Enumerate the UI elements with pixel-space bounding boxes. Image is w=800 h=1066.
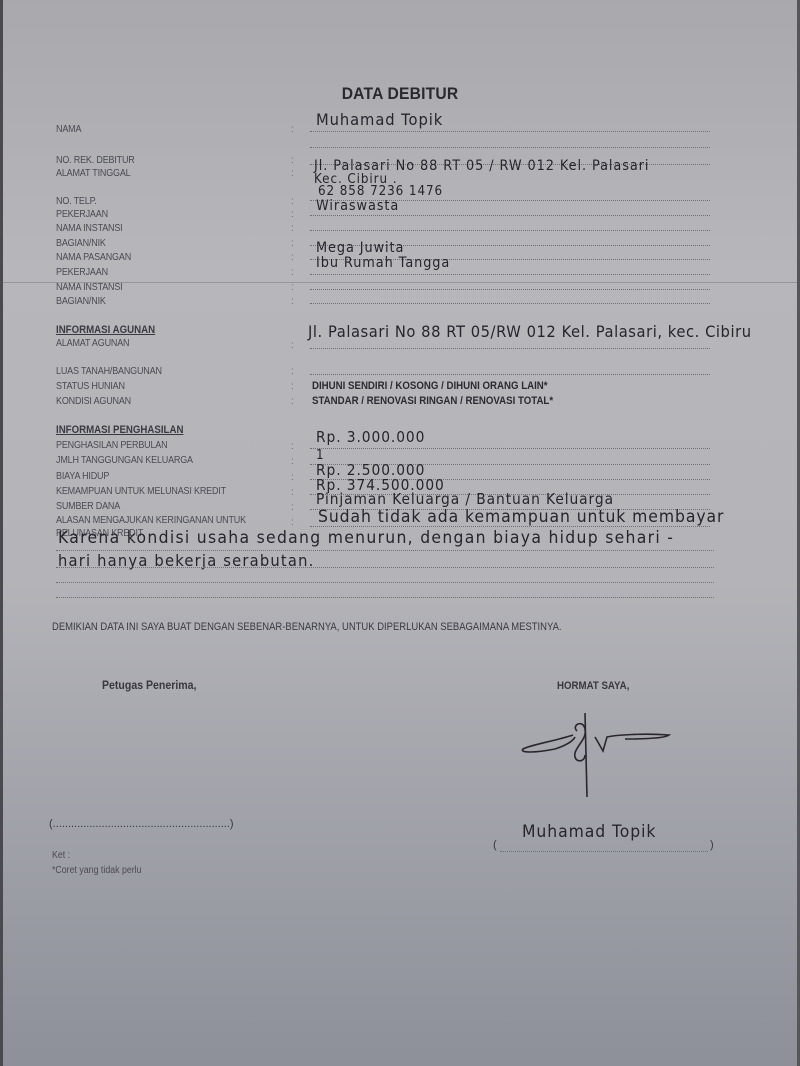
label-kondisi-agunan: KONDISI AGUNAN bbox=[56, 396, 131, 407]
colon: : bbox=[291, 441, 294, 452]
value-pekerjaan: Wiraswasta bbox=[316, 198, 399, 214]
document-title: DATA DEBITUR bbox=[32, 84, 768, 104]
label-alamat-tinggal: ALAMAT TINGGAL bbox=[56, 168, 131, 179]
label-tanggungan: JMLH TANGGUNGAN KELUARGA bbox=[56, 455, 193, 466]
section-heading-penghasilan: INFORMASI PENGHASILAN bbox=[56, 424, 183, 436]
label-pekerjaan-pasangan: PEKERJAAN bbox=[56, 267, 108, 278]
label-bagian-nik-pasangan: BAGIAN/NIK bbox=[56, 296, 106, 307]
value-kondisi-agunan: STANDAR / RENOVASI RINGAN / RENOVASI TOT… bbox=[312, 395, 553, 407]
value-alamat-agunan: Jl. Palasari No 88 RT 05/RW 012 Kel. Pal… bbox=[308, 322, 752, 341]
debtor-name: Muhamad Topik bbox=[522, 822, 656, 842]
colon: : bbox=[291, 517, 294, 528]
dotted-line bbox=[310, 147, 710, 148]
label-nama: NAMA bbox=[56, 124, 81, 135]
dotted-line bbox=[310, 230, 710, 231]
section-heading-agunan: INFORMASI AGUNAN bbox=[56, 324, 155, 336]
dotted-line bbox=[56, 582, 714, 583]
label-nama-pasangan: NAMA PASANGAN bbox=[56, 252, 131, 263]
dotted-line bbox=[310, 289, 710, 290]
label-biaya-hidup: BIAYA HIDUP bbox=[56, 471, 109, 482]
label-luas-tanah: LUAS TANAH/BANGUNAN bbox=[56, 366, 162, 377]
colon: : bbox=[291, 396, 294, 407]
value-pekerjaan-pasangan: Ibu Rumah Tangga bbox=[316, 255, 450, 271]
colon: : bbox=[291, 124, 294, 135]
colon: : bbox=[291, 196, 294, 207]
colon: : bbox=[291, 282, 294, 293]
dotted-line bbox=[310, 448, 710, 449]
colon: : bbox=[291, 487, 294, 498]
dotted-line bbox=[56, 597, 714, 598]
colon: : bbox=[291, 340, 294, 351]
value-no-telp: 62 858 7236 1476 bbox=[318, 184, 443, 199]
label-sumber-dana: SUMBER DANA bbox=[56, 501, 120, 512]
colon: : bbox=[291, 252, 294, 263]
debtor-name-line bbox=[500, 851, 708, 852]
value-nama-pasangan: Mega Juwita bbox=[316, 240, 404, 256]
debtor-name-open: ( bbox=[493, 839, 497, 851]
debtor-label: HORMAT SAYA, bbox=[557, 680, 629, 692]
note-ket: Ket : bbox=[52, 850, 70, 861]
label-pekerjaan: PEKERJAAN bbox=[56, 209, 108, 220]
value-status-hunian: DIHUNI SENDIRI / KOSONG / DIHUNI ORANG L… bbox=[312, 380, 548, 392]
debtor-name-close: ) bbox=[710, 839, 714, 851]
colon: : bbox=[291, 209, 294, 220]
note-footnote: *Coret yang tidak perlu bbox=[52, 865, 142, 876]
label-alamat-agunan: ALAMAT AGUNAN bbox=[56, 338, 129, 349]
officer-name-line: (.......................................… bbox=[49, 818, 234, 830]
colon: : bbox=[291, 296, 294, 307]
paper-edge-left bbox=[0, 0, 3, 1066]
dotted-line bbox=[310, 274, 710, 275]
dotted-line bbox=[310, 526, 710, 527]
label-no-rek-debitur: NO. REK. DEBITUR bbox=[56, 155, 135, 166]
dotted-line bbox=[310, 131, 710, 132]
value-alasan-continued-1: Karena kondisi usaha sedang menurun, den… bbox=[58, 528, 674, 548]
value-sumber-dana: Pinjaman Keluarga / Bantuan Keluarga bbox=[316, 490, 614, 508]
colon: : bbox=[291, 267, 294, 278]
colon: : bbox=[291, 366, 294, 377]
value-alasan: Sudah tidak ada kemampuan untuk membayar bbox=[318, 507, 724, 527]
dotted-line bbox=[310, 374, 710, 375]
dotted-line bbox=[310, 303, 710, 304]
officer-label: Petugas Penerima, bbox=[102, 678, 197, 692]
colon: : bbox=[291, 155, 294, 166]
debtor-signature bbox=[515, 705, 675, 805]
label-status-hunian: STATUS HUNIAN bbox=[56, 381, 125, 392]
colon: : bbox=[291, 168, 294, 179]
label-no-telp: NO. TELP. bbox=[56, 196, 97, 207]
label-penghasilan-perbulan: PENGHASILAN PERBULAN bbox=[56, 440, 167, 451]
colon: : bbox=[291, 502, 294, 513]
value-penghasilan-perbulan: Rp. 3.000.000 bbox=[316, 428, 425, 446]
dotted-line bbox=[56, 567, 714, 568]
declaration-statement: DEMIKIAN DATA INI SAYA BUAT DENGAN SEBEN… bbox=[52, 621, 562, 633]
colon: : bbox=[291, 238, 294, 249]
label-kemampuan: KEMAMPUAN UNTUK MELUNASI KREDIT bbox=[56, 486, 226, 497]
label-nama-instansi-pasangan: NAMA INSTANSI bbox=[56, 282, 123, 293]
label-bagian-nik: BAGIAN/NIK bbox=[56, 238, 106, 249]
dotted-line bbox=[310, 348, 710, 349]
colon: : bbox=[291, 456, 294, 467]
dotted-line bbox=[310, 215, 710, 216]
value-nama: Muhamad Topik bbox=[316, 110, 443, 129]
colon: : bbox=[291, 472, 294, 483]
colon: : bbox=[291, 381, 294, 392]
label-nama-instansi: NAMA INSTANSI bbox=[56, 223, 123, 234]
label-alasan: ALASAN MENGAJUKAN KERINGANAN UNTUK bbox=[56, 515, 246, 526]
colon: : bbox=[291, 223, 294, 234]
